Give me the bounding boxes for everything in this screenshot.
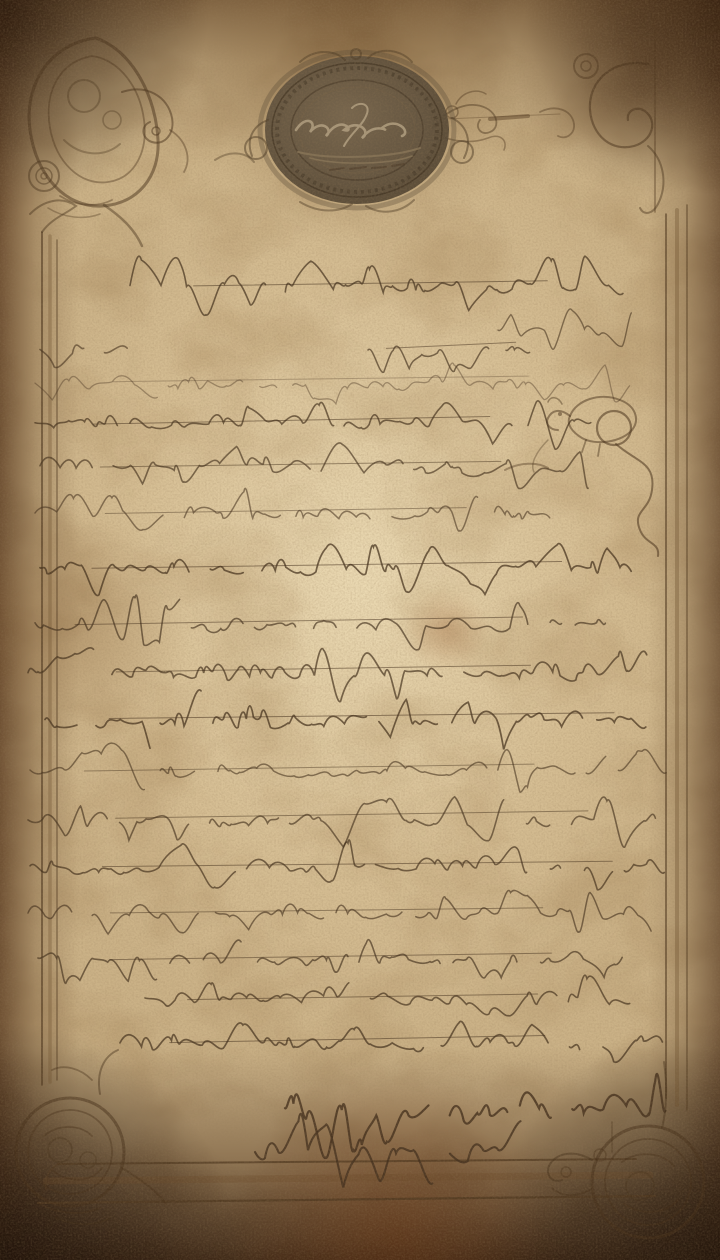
- letter-artwork-layer: [0, 0, 720, 1260]
- paper-grain-texture: [0, 0, 720, 1260]
- antique-letter-photo: Aged sepia parchment letter with ornate …: [0, 0, 720, 1260]
